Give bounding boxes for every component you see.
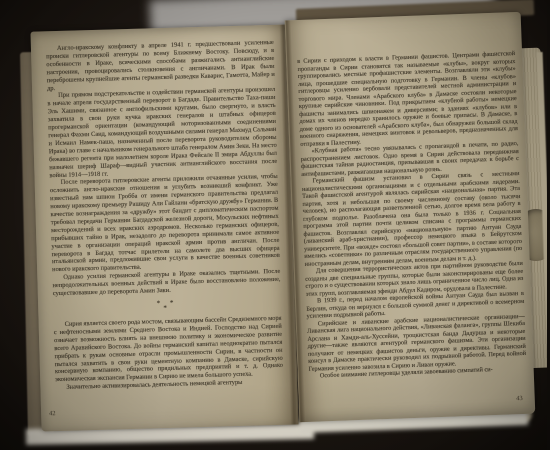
paragraph-group-bottom: Сирия является своего рода мостом, связы… bbox=[54, 315, 284, 392]
page-right-text: в Сирии с приходом к власти в Германии ф… bbox=[297, 50, 527, 380]
paragraph: Германский фашизм установил в Сирии связ… bbox=[301, 170, 522, 268]
page-number-left: 42 bbox=[49, 410, 56, 417]
paragraph: Сирия является своего рода мостом, связы… bbox=[54, 315, 284, 385]
paragraph: После переворота гитлеровские агенты при… bbox=[50, 173, 281, 274]
paragraph: Англо-иракскому конфликту в апреле 1941 … bbox=[46, 39, 275, 93]
paragraph: Сирийские и ливанские арабские национали… bbox=[307, 312, 527, 372]
page-left-text: Англо-иракскому конфликту в апреле 1941 … bbox=[46, 39, 284, 392]
paragraph-group-top: Англо-иракскому конфликту в апреле 1941 … bbox=[46, 39, 281, 298]
book-page-right: в Сирии с приходом к власти в Германии ф… bbox=[285, 12, 536, 422]
section-divider: * * * bbox=[53, 298, 281, 314]
paragraph: Однако усилия германской агентуры в Ирак… bbox=[52, 268, 281, 298]
paragraph: При прямом подстрекательстве и содействи… bbox=[47, 86, 277, 179]
book-page-left: Англо-иракскому конфликту в апреле 1941 … bbox=[30, 24, 298, 431]
paragraph: в Сирии с приходом к власти в Германии ф… bbox=[297, 50, 518, 148]
book-photo: Англо-иракскому конфликту в апреле 1941 … bbox=[0, 0, 550, 450]
page-number-right: 43 bbox=[516, 395, 523, 402]
